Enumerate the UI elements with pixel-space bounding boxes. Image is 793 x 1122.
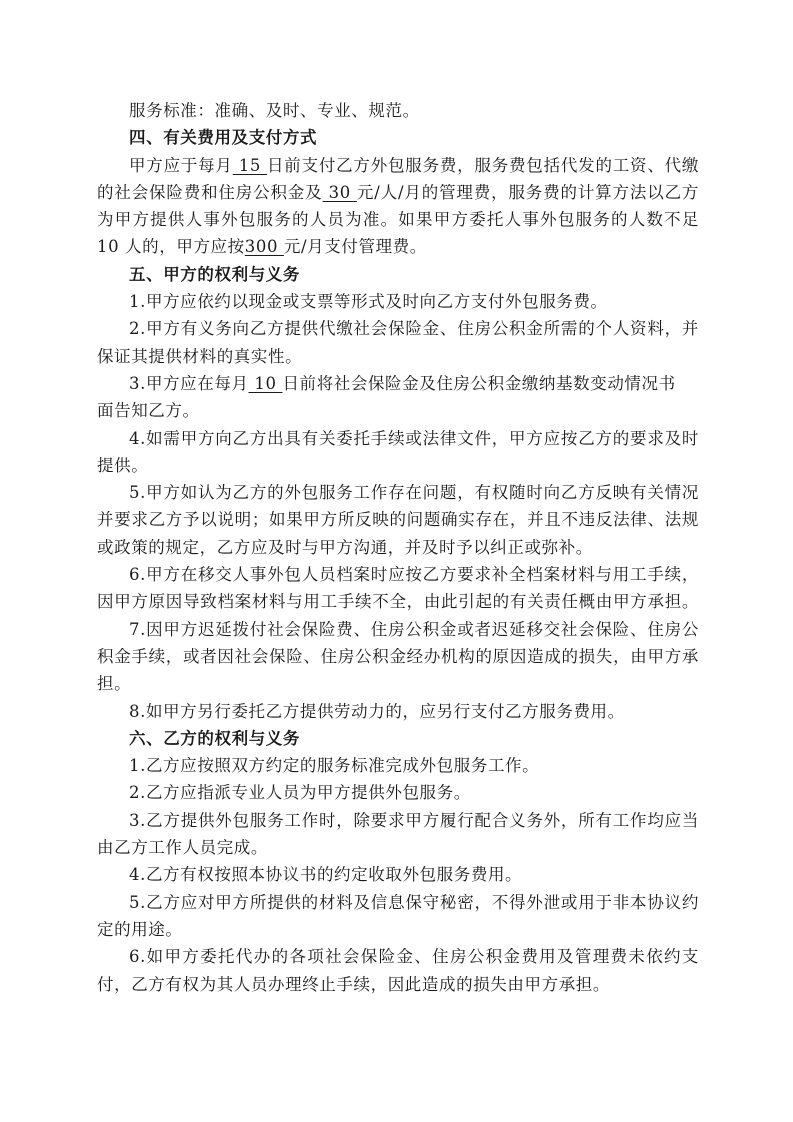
section-6-item-6-line1: 6.如甲方委托代办的各项社会保险金、住房公积金费用及管理费未依约支 (97, 943, 699, 970)
section-6-item-3-line1: 3.乙方提供外包服务工作时，除要求甲方履行配合义务外，所有工作均应当 (97, 807, 699, 834)
section-5-item-7-line3: 担。 (97, 670, 699, 697)
section-5-item-3-line2: 面告知乙方。 (97, 397, 699, 424)
section-6-item-1: 1.乙方应按照双方约定的服务标准完成外包服务工作。 (97, 752, 699, 779)
section-5-item-8: 8.如甲方另行委托乙方提供劳动力的，应另行支付乙方服务费用。 (97, 698, 699, 725)
section-4-heading: 四、有关费用及支付方式 (97, 124, 699, 151)
section-6-item-5-line2: 定的用途。 (97, 916, 699, 943)
section-5-item-4-line1: 4.如需甲方向乙方出具有关委托手续或法律文件，甲方应按乙方的要求及时 (97, 425, 699, 452)
section-6-item-4: 4.乙方有权按照本协议书的约定收取外包服务费用。 (97, 861, 699, 888)
section-5-item-7-line1: 7.因甲方迟延拨付社会保险费、住房公积金或者迟延移交社会保险、住房公 (97, 616, 699, 643)
text: 的社会保险费和住房公积金及 (97, 183, 323, 202)
section-5-item-6-line2: 因甲方原因导致档案材料与用工手续不全，由此引起的有关责任概由甲方承担。 (97, 588, 699, 615)
section-5-item-1: 1.甲方应依约以现金或支票等形式及时向乙方支付外包服务费。 (97, 288, 699, 315)
base-change-day-value: 10 (249, 374, 283, 393)
section-5-item-5-line2: 并要求乙方予以说明；如果甲方所反映的问题确实存在，并且不违反法律、法规 (97, 506, 699, 533)
text: 日前支付乙方外包服务费，服务费包括代发的工资、代缴 (267, 156, 699, 175)
minimum-fee-value: 300 (245, 237, 284, 256)
management-fee-value: 30 (323, 183, 357, 202)
section-4-p1-line2: 的社会保险费和住房公积金及 30 元/人/月的管理费，服务费的计算方法以乙方 (97, 179, 699, 206)
section-5-item-2-line2: 保证其提供材料的真实性。 (97, 343, 699, 370)
section-4-p1-line4: 10 人的，甲方应按300 元/月支付管理费。 (97, 233, 699, 260)
section-5-item-4-line2: 提供。 (97, 452, 699, 479)
section-6-item-2: 2.乙方应指派专业人员为甲方提供外包服务。 (97, 779, 699, 806)
section-6-item-5-line1: 5.乙方应对甲方所提供的材料及信息保守秘密，不得外泄或用于非本协议约 (97, 889, 699, 916)
section-6-item-3-line2: 由乙方工作人员完成。 (97, 834, 699, 861)
text: 10 人的，甲方应按 (97, 237, 245, 256)
text: 元/人/月的管理费，服务费的计算方法以乙方 (357, 183, 699, 202)
section-4-p1-line1: 甲方应于每月 15 日前支付乙方外包服务费，服务费包括代发的工资、代缴 (97, 152, 699, 179)
text: 3.甲方应在每月 (129, 374, 249, 393)
service-standard-line: 服务标准：准确、及时、专业、规范。 (97, 97, 699, 124)
section-6-heading: 六、乙方的权利与义务 (97, 725, 699, 752)
contract-page: 服务标准：准确、及时、专业、规范。 四、有关费用及支付方式 甲方应于每月 15 … (97, 97, 699, 998)
text: 甲方应于每月 (129, 156, 233, 175)
section-5-item-3-line1: 3.甲方应在每月 10 日前将社会保险金及住房公积金缴纳基数变动情况书 (97, 370, 699, 397)
section-5-heading: 五、甲方的权利与义务 (97, 261, 699, 288)
text: 元/月支付管理费。 (284, 237, 427, 256)
section-5-item-6-line1: 6.甲方在移交人事外包人员档案时应按乙方要求补全档案材料与用工手续， (97, 561, 699, 588)
section-5-item-5-line3: 或政策的规定，乙方应及时与甲方沟通，并及时予以纠正或弥补。 (97, 534, 699, 561)
section-6-item-6-line2: 付，乙方有权为其人员办理终止手续，因此造成的损失由甲方承担。 (97, 971, 699, 998)
section-4-p1-line3: 为甲方提供人事外包服务的人员为准。如果甲方委托人事外包服务的人数不足 (97, 206, 699, 233)
section-5-item-7-line2: 积金手续，或者因社会保险、住房公积金经办机构的原因造成的损失，由甲方承 (97, 643, 699, 670)
payment-day-value: 15 (233, 156, 267, 175)
section-5-item-5-line1: 5.甲方如认为乙方的外包服务工作存在问题，有权随时向乙方反映有关情况 (97, 479, 699, 506)
section-5-item-2-line1: 2.甲方有义务向乙方提供代缴社会保险金、住房公积金所需的个人资料，并 (97, 315, 699, 342)
text: 日前将社会保险金及住房公积金缴纳基数变动情况书 (282, 374, 675, 393)
